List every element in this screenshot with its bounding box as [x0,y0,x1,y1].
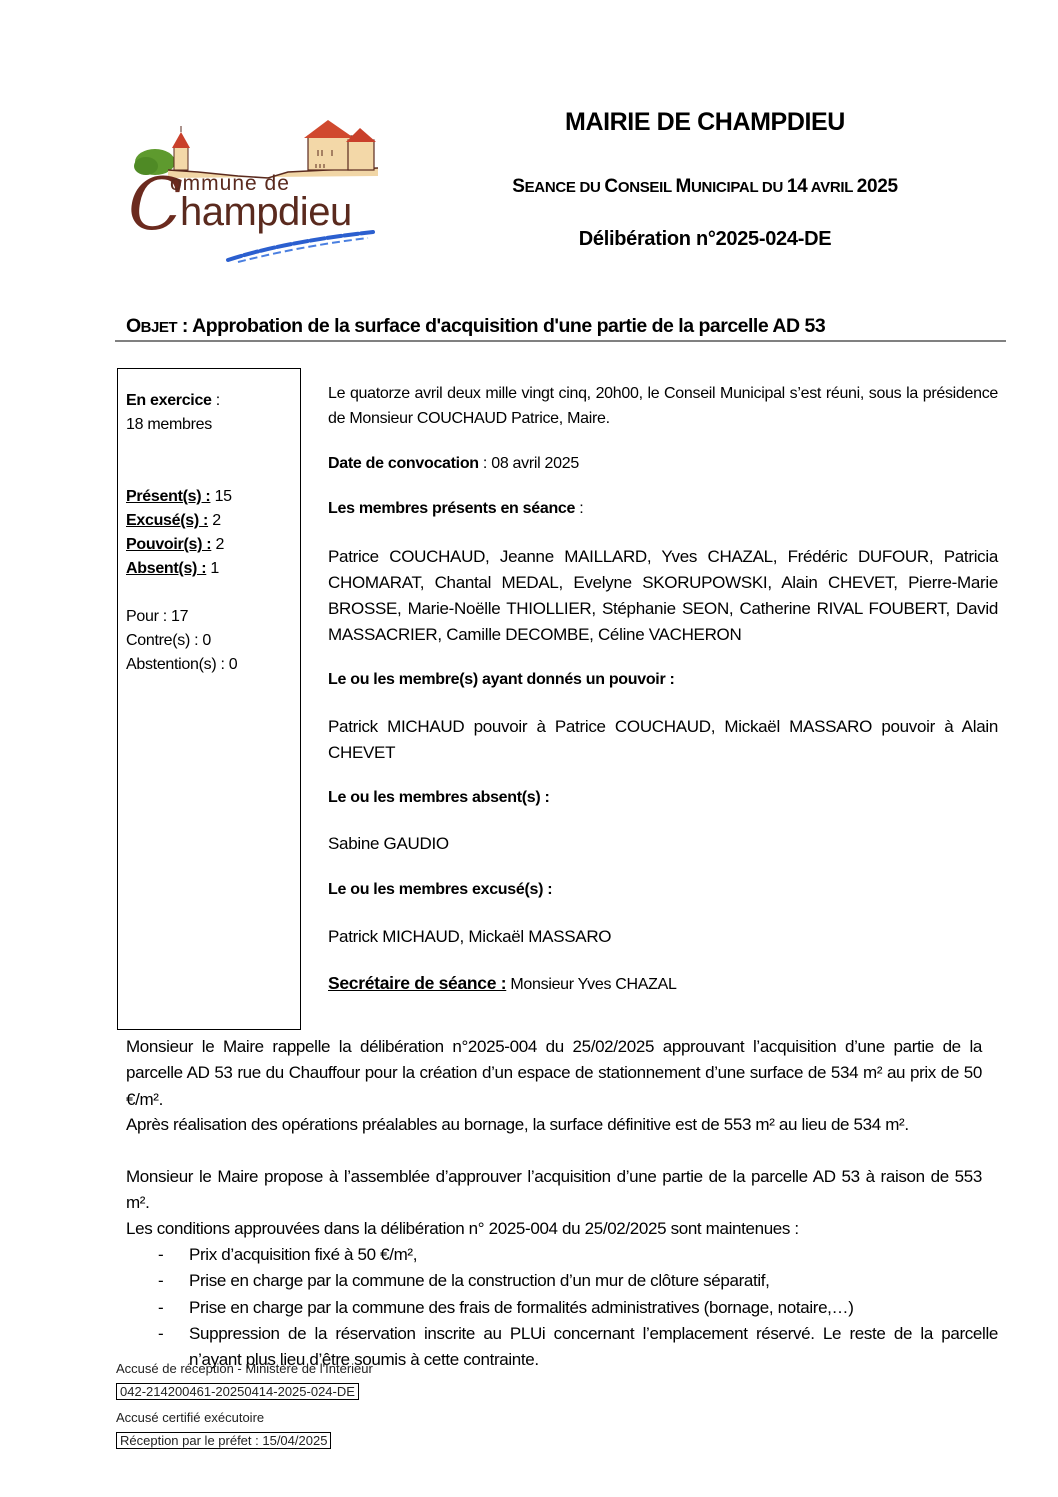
deliberation-number: Délibération n°2025-024-DE [470,228,940,251]
present-label: Présent(s) : [126,488,210,505]
votes-summary-box: En exercice : 18 membres Présent(s) : 15… [117,368,301,1030]
absent-value: 1 [206,560,219,577]
absent-label: Absent(s) : [126,560,206,577]
exercice-label: En exercice [126,392,212,409]
convocation-row: Date de convocation : 08 avril 2025 [328,452,998,477]
bullet-dash: - [158,1295,163,1321]
secretaire-row: Secrétaire de séance : Monsieur Yves CHA… [328,971,998,998]
pouvoir-list: Patrick MICHAUD pouvoir à Patrice COUCHA… [328,714,998,766]
seance-part: EANCE DU [525,179,605,196]
presents-list: Patrice COUCHAUD, Jeanne MAILLARD, Yves … [328,544,998,648]
absents-list: Sabine GAUDIO [328,832,998,857]
excuses-heading-label: Le ou les membres excusé(s) : [328,881,552,898]
seance-part: AVRIL [807,179,856,196]
present-value: 15 [210,488,231,505]
condition-item: -Prise en charge par la commune des frai… [126,1295,998,1321]
stamp-reception-box: Réception par le préfet : 15/04/2025 [116,1432,331,1449]
pouvoir-value: 2 [211,536,224,553]
excuses-list: Patrick MICHAUD, Mickaël MASSARO [328,925,998,950]
body-paragraph-1: Monsieur le Maire rappelle la délibérati… [126,1034,982,1113]
excuse-row: Excusé(s) : 2 [126,511,221,531]
body-paragraph-2: Après réalisation des opérations préalab… [126,1112,982,1138]
conditions-list: -Prix d’acquisition fixé à 50 €/m², -Pri… [126,1242,998,1373]
stamp-receipt-title: Accusé de réception - Ministère de l'Int… [116,1361,373,1376]
convocation-label: Date de convocation [328,455,479,472]
stamp-receipt-id: 042-214200461-20250414-2025-024-DE [116,1384,359,1399]
excuse-value: 2 [208,512,221,529]
body-paragraph-4: Les conditions approuvées dans la délibé… [126,1216,1006,1242]
objet-divider [115,340,1006,342]
exercice-sep: : [212,392,220,409]
commune-logo: C ommune de hampdieu [128,112,380,268]
pouvoir-heading: Le ou les membre(s) ayant donnés un pouv… [328,668,998,693]
absents-heading: Le ou les membres absent(s) : [328,786,998,811]
seance-title: SEANCE DU CONSEIL MUNICIPAL DU 14 AVRIL … [470,176,940,198]
presents-label: Les membres présents en séance [328,500,575,517]
seance-part: ONSEIL [618,179,676,196]
pouvoir-label: Pouvoir(s) : [126,536,211,553]
secretaire-label: Secrétaire de séance : [328,973,506,993]
bullet-dash: - [158,1268,163,1294]
absents-heading-label: Le ou les membres absent(s) : [328,789,550,806]
exercice-row: En exercice : [126,391,220,411]
presents-heading: Les membres présents en séance : [328,497,998,522]
seance-part: UNICIPAL DU [691,179,787,196]
bullet-dash: - [158,1242,163,1268]
objet-heading: OBJET : Approbation de la surface d'acqu… [126,315,825,338]
body-paragraph-3: Monsieur le Maire propose à l’assemblée … [126,1164,982,1217]
exercice-value: 18 membres [126,415,212,435]
stamp-id-box: 042-214200461-20250414-2025-024-DE [116,1383,359,1400]
pouvoir-row: Pouvoir(s) : 2 [126,535,224,555]
present-row: Présent(s) : 15 [126,487,232,507]
logo-text-line2: hampdieu [180,190,352,235]
seance-part: 14 [787,176,808,197]
seance-part: 2025 [857,176,898,197]
vote-contre: Contre(s) : 0 [126,631,211,651]
secretaire-value: Monsieur Yves CHAZAL [506,976,676,993]
stamp-certified: Accusé certifié exécutoire [116,1410,264,1425]
seance-part: C [604,176,617,197]
convocation-value: : 08 avril 2025 [479,455,579,472]
presents-sep: : [575,500,583,517]
mairie-title: MAIRIE DE CHAMPDIEU [470,108,940,137]
objet-separator: : [177,315,192,337]
pouvoir-heading-label: Le ou les membre(s) ayant donnés un pouv… [328,671,675,688]
stamp-prefect-reception: Réception par le préfet : 15/04/2025 [116,1433,331,1448]
seance-part: M [675,176,691,197]
condition-item: -Prix d’acquisition fixé à 50 €/m², [126,1242,998,1268]
seance-part: S [512,176,524,197]
excuses-heading: Le ou les membres excusé(s) : [328,878,998,903]
session-intro: Le quatorze avril deux mille vingt cinq,… [328,382,998,431]
objet-label: OBJET [126,315,177,337]
objet-text: Approbation de la surface d'acquisition … [192,315,825,337]
excuse-label: Excusé(s) : [126,512,208,529]
bullet-dash: - [158,1321,163,1347]
condition-item: -Prise en charge par la commune de la co… [126,1268,998,1294]
absent-row: Absent(s) : 1 [126,559,219,579]
vote-pour: Pour : 17 [126,607,188,627]
vote-abstention: Abstention(s) : 0 [126,655,237,675]
